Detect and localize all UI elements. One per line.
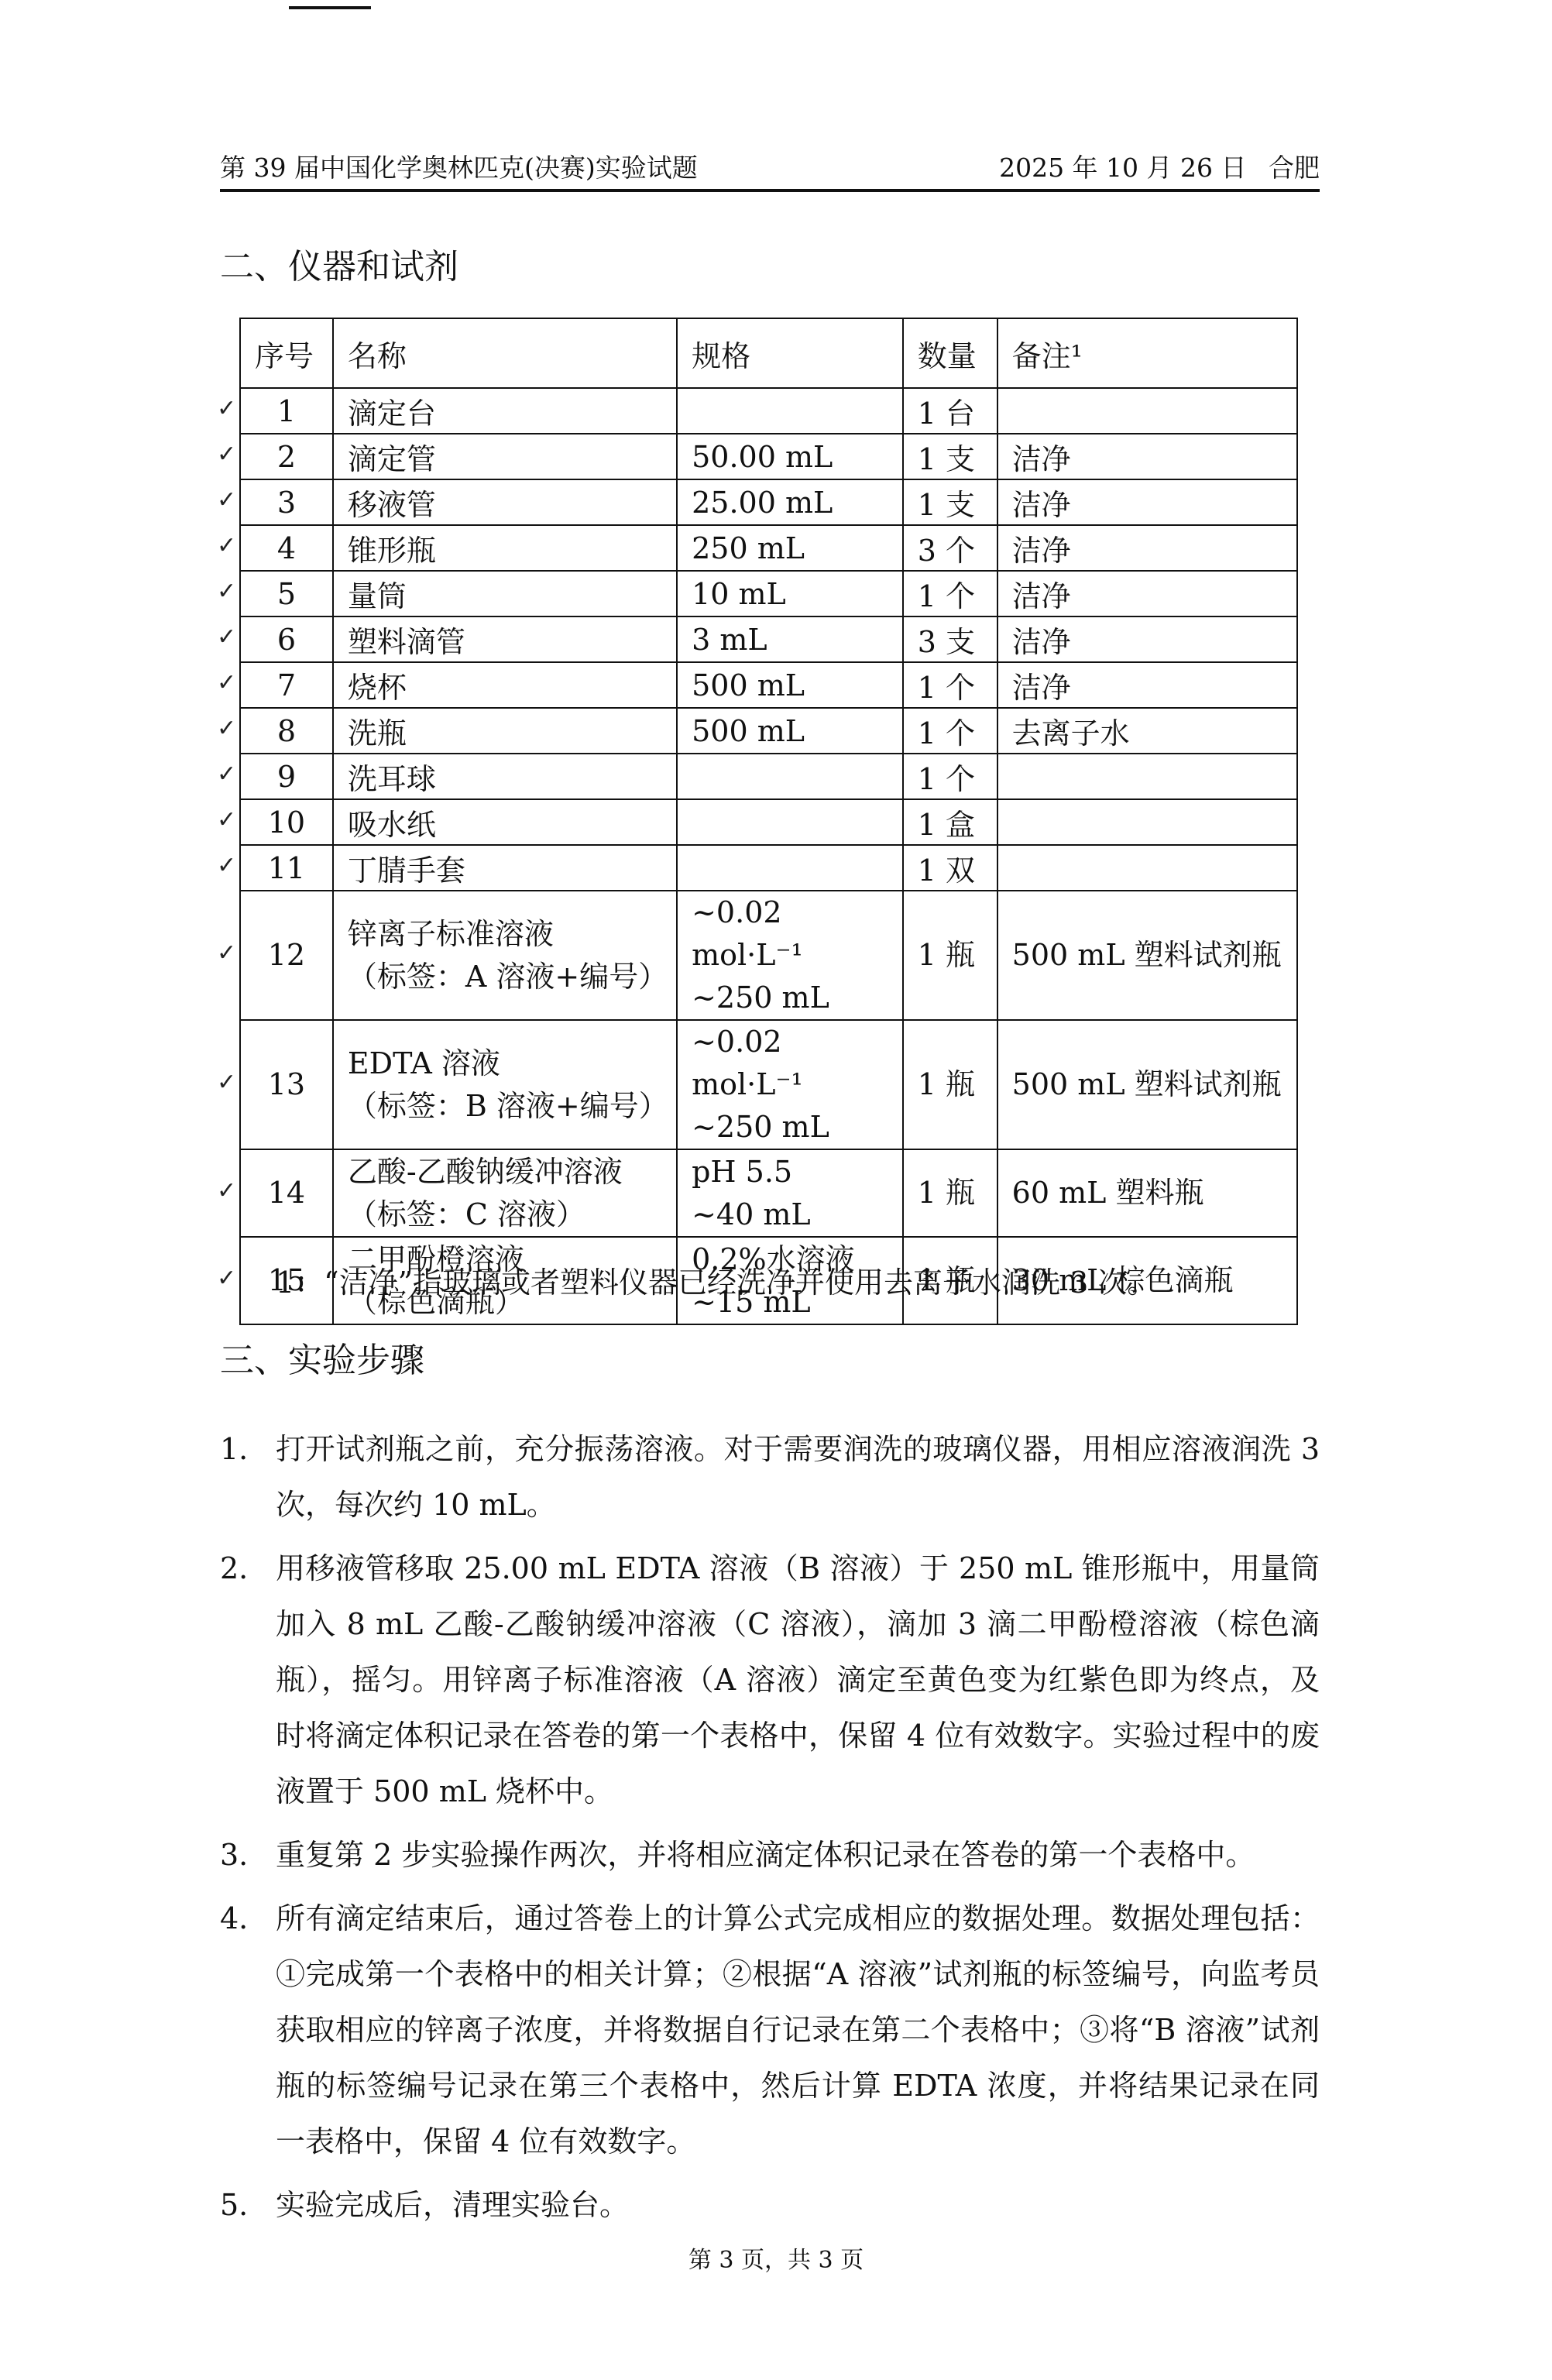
cell-spec: ~0.02 mol·L⁻¹~250 mL <box>677 1020 903 1149</box>
check-mark-icon: ✓ <box>217 1069 236 1096</box>
table-row: 2滴定管50.00 mL1 支洁净 <box>240 434 1297 479</box>
exam-location: 合肥 <box>1269 153 1320 183</box>
top-mark <box>289 6 371 9</box>
cell-no-line1: 7 <box>246 668 328 702</box>
cell-qty-line1: 3 个 <box>918 527 983 569</box>
cell-no: 4 <box>240 525 333 571</box>
table-row: 7烧杯500 mL1 个洁净 <box>240 662 1297 708</box>
cell-name: 丁腈手套 <box>333 845 677 891</box>
cell-no-line1: 8 <box>246 714 328 748</box>
cell-qty-line1: 1 瓶 <box>918 1172 983 1214</box>
step-index: 3. <box>220 1827 276 1883</box>
cell-qty-line1: 1 瓶 <box>918 934 983 977</box>
table-row: 12锌离子标准溶液（标签：A 溶液+编号）~0.02 mol·L⁻¹~250 m… <box>240 891 1297 1020</box>
table-row: 1滴定台1 台 <box>240 388 1297 434</box>
table-row: 10吸水纸1 盒 <box>240 799 1297 845</box>
cell-name-line1: 量筒 <box>348 572 662 615</box>
cell-qty: 1 个 <box>903 662 997 708</box>
cell-qty: 1 个 <box>903 754 997 799</box>
cell-name-line1: 烧杯 <box>348 664 662 706</box>
cell-spec <box>677 845 903 891</box>
cell-note: 洁净 <box>997 479 1297 525</box>
cell-name: 洗耳球 <box>333 754 677 799</box>
cell-qty: 1 个 <box>903 708 997 754</box>
cell-name: EDTA 溶液（标签：B 溶液+编号） <box>333 1020 677 1149</box>
cell-no: 5 <box>240 571 333 616</box>
cell-qty: 1 双 <box>903 845 997 891</box>
step-text: 打开试剂瓶之前，充分振荡溶液。对于需要润洗的玻璃仪器，用相应溶液润洗 3 次，每… <box>276 1421 1320 1533</box>
cell-name-line1: 锥形瓶 <box>348 527 662 569</box>
cell-name-line1: 移液管 <box>348 481 662 524</box>
cell-qty: 1 支 <box>903 434 997 479</box>
cell-qty-line1: 1 瓶 <box>918 1063 983 1106</box>
cell-qty: 1 支 <box>903 479 997 525</box>
cell-spec: 250 mL <box>677 525 903 571</box>
cell-spec-line1: 500 mL <box>692 714 888 748</box>
check-mark-icon: ✓ <box>217 486 236 513</box>
table-header-row: 序号 名称 规格 数量 备注¹ <box>240 318 1297 388</box>
cell-spec-line2: ~40 mL <box>692 1193 888 1236</box>
cell-name: 烧杯 <box>333 662 677 708</box>
cell-name: 滴定管 <box>333 434 677 479</box>
cell-name: 洗瓶 <box>333 708 677 754</box>
cell-name-line1: 滴定管 <box>348 435 662 478</box>
exam-title: 第 39 届中国化学奥林匹克(决赛)实验试题 <box>220 148 698 184</box>
col-header-note: 备注¹ <box>997 318 1297 388</box>
check-mark-icon: ✓ <box>217 939 236 967</box>
cell-no-line1: 13 <box>246 1063 328 1106</box>
check-mark-icon: ✓ <box>217 578 236 605</box>
cell-qty-line1: 1 个 <box>918 572 983 615</box>
cell-spec: 500 mL <box>677 662 903 708</box>
cell-spec-line1: 25.00 mL <box>692 486 888 520</box>
col-header-qty: 数量 <box>903 318 997 388</box>
cell-qty: 1 盒 <box>903 799 997 845</box>
check-mark-icon: ✓ <box>217 806 236 833</box>
cell-no: 8 <box>240 708 333 754</box>
cell-no-line1: 4 <box>246 531 328 565</box>
cell-spec: pH 5.5~40 mL <box>677 1149 903 1237</box>
cell-name-line2: （标签：A 溶液+编号） <box>348 956 662 998</box>
cell-spec: 10 mL <box>677 571 903 616</box>
cell-spec-line1: 3 mL <box>692 623 888 657</box>
cell-note: 洁净 <box>997 434 1297 479</box>
cell-spec <box>677 388 903 434</box>
cell-no: 3 <box>240 479 333 525</box>
cell-no-line1: 9 <box>246 760 328 794</box>
equipment-table: 序号 名称 规格 数量 备注¹ 1滴定台1 台2滴定管50.00 mL1 支洁净… <box>239 318 1298 1325</box>
cell-qty-line1: 1 个 <box>918 709 983 752</box>
cell-note <box>997 754 1297 799</box>
step-index: 5. <box>220 2177 276 2233</box>
table-row: 6塑料滴管3 mL3 支洁净 <box>240 616 1297 662</box>
step-item: 2.用移液管移取 25.00 mL EDTA 溶液（B 溶液）于 250 mL … <box>220 1540 1320 1819</box>
table-row: 13EDTA 溶液（标签：B 溶液+编号）~0.02 mol·L⁻¹~250 m… <box>240 1020 1297 1149</box>
cell-spec <box>677 754 903 799</box>
cell-note-line1: 洁净 <box>1012 618 1282 661</box>
check-mark-icon: ✓ <box>217 623 236 651</box>
cell-qty-line1: 1 台 <box>918 390 983 432</box>
table-row: 11丁腈手套1 双 <box>240 845 1297 891</box>
cell-no-line1: 5 <box>246 577 328 611</box>
cell-qty: 1 瓶 <box>903 1149 997 1237</box>
table-body: 1滴定台1 台2滴定管50.00 mL1 支洁净3移液管25.00 mL1 支洁… <box>240 388 1297 1324</box>
cell-qty: 1 瓶 <box>903 1020 997 1149</box>
cell-no: 9 <box>240 754 333 799</box>
check-mark-icon: ✓ <box>217 761 236 788</box>
cell-name-line1: 锌离子标准溶液 <box>348 913 662 956</box>
exam-date: 2025 年 10 月 26 日 <box>999 153 1246 183</box>
cell-name: 塑料滴管 <box>333 616 677 662</box>
cell-name-line1: 洗瓶 <box>348 709 662 752</box>
cell-name-line1: EDTA 溶液 <box>348 1042 662 1085</box>
step-text: 重复第 2 步实验操作两次，并将相应滴定体积记录在答卷的第一个表格中。 <box>276 1827 1320 1883</box>
check-mark-icon: ✓ <box>217 441 236 468</box>
cell-name: 滴定台 <box>333 388 677 434</box>
cell-qty-line1: 1 盒 <box>918 801 983 843</box>
cell-no: 11 <box>240 845 333 891</box>
step-index: 4. <box>220 1891 276 2169</box>
cell-spec-line1: ~0.02 mol·L⁻¹ <box>692 1021 888 1106</box>
step-index: 2. <box>220 1540 276 1819</box>
cell-qty-line1: 1 个 <box>918 755 983 798</box>
cell-spec-line1: 250 mL <box>692 531 888 565</box>
cell-note-line1: 500 mL 塑料试剂瓶 <box>1012 934 1282 977</box>
table-row: 3移液管25.00 mL1 支洁净 <box>240 479 1297 525</box>
cell-qty-line1: 3 支 <box>918 618 983 661</box>
check-mark-icon: ✓ <box>217 532 236 559</box>
cell-note-line1: 洁净 <box>1012 572 1282 615</box>
cell-note-line1: 洁净 <box>1012 527 1282 569</box>
cell-no: 2 <box>240 434 333 479</box>
table-footnote: 1：“洁净”指玻璃或者塑料仪器已经洗净并使用去离子水润洗 3 次。 <box>276 1259 1156 1301</box>
check-mark-icon: ✓ <box>217 1265 236 1292</box>
step-text: 所有滴定结束后，通过答卷上的计算公式完成相应的数据处理。数据处理包括：①完成第一… <box>276 1891 1320 2169</box>
cell-no-line1: 2 <box>246 440 328 474</box>
cell-spec-line1: 10 mL <box>692 577 888 611</box>
check-mark-icon: ✓ <box>217 715 236 742</box>
cell-qty: 1 瓶 <box>903 891 997 1020</box>
cell-no: 7 <box>240 662 333 708</box>
cell-name: 移液管 <box>333 479 677 525</box>
cell-name-line1: 吸水纸 <box>348 801 662 843</box>
cell-note <box>997 845 1297 891</box>
check-mark-icon: ✓ <box>217 669 236 696</box>
cell-qty-line1: 1 支 <box>918 435 983 478</box>
cell-no: 12 <box>240 891 333 1020</box>
table-row: 5量筒10 mL1 个洁净 <box>240 571 1297 616</box>
table-row: 9洗耳球1 个 <box>240 754 1297 799</box>
cell-qty-line1: 1 双 <box>918 847 983 889</box>
cell-name-line2: （标签：B 溶液+编号） <box>348 1085 662 1128</box>
cell-no: 10 <box>240 799 333 845</box>
cell-note-line1: 洁净 <box>1012 664 1282 706</box>
col-header-spec: 规格 <box>677 318 903 388</box>
cell-spec-line1: pH 5.5 <box>692 1151 888 1193</box>
col-header-no: 序号 <box>240 318 333 388</box>
check-mark-icon: ✓ <box>217 395 236 422</box>
cell-no-line1: 12 <box>246 934 328 977</box>
step-item: 1.打开试剂瓶之前，充分振荡溶液。对于需要润洗的玻璃仪器，用相应溶液润洗 3 次… <box>220 1421 1320 1533</box>
cell-note: 洁净 <box>997 571 1297 616</box>
cell-spec-line2: ~250 mL <box>692 1106 888 1149</box>
procedure-steps: 1.打开试剂瓶之前，充分振荡溶液。对于需要润洗的玻璃仪器，用相应溶液润洗 3 次… <box>220 1421 1320 2241</box>
cell-note-line1: 60 mL 塑料瓶 <box>1012 1172 1282 1214</box>
section-title-procedure: 三、实验步骤 <box>220 1332 424 1382</box>
cell-note-line1: 去离子水 <box>1012 709 1282 752</box>
cell-note: 洁净 <box>997 616 1297 662</box>
cell-name-line1: 滴定台 <box>348 390 662 432</box>
cell-no-line1: 11 <box>246 851 328 885</box>
cell-note: 去离子水 <box>997 708 1297 754</box>
step-text: 用移液管移取 25.00 mL EDTA 溶液（B 溶液）于 250 mL 锥形… <box>276 1540 1320 1819</box>
cell-note: 60 mL 塑料瓶 <box>997 1149 1297 1237</box>
step-item: 3.重复第 2 步实验操作两次，并将相应滴定体积记录在答卷的第一个表格中。 <box>220 1827 1320 1883</box>
cell-spec: ~0.02 mol·L⁻¹~250 mL <box>677 891 903 1020</box>
cell-note: 洁净 <box>997 525 1297 571</box>
cell-name: 锥形瓶 <box>333 525 677 571</box>
cell-no-line1: 3 <box>246 486 328 520</box>
cell-note: 500 mL 塑料试剂瓶 <box>997 1020 1297 1149</box>
cell-name: 量筒 <box>333 571 677 616</box>
cell-note-line1: 500 mL 塑料试剂瓶 <box>1012 1063 1282 1106</box>
cell-qty: 3 个 <box>903 525 997 571</box>
col-header-name: 名称 <box>333 318 677 388</box>
cell-qty: 1 台 <box>903 388 997 434</box>
cell-no-line1: 14 <box>246 1172 328 1214</box>
cell-no-line1: 1 <box>246 394 328 428</box>
cell-spec-line1: 500 mL <box>692 668 888 702</box>
table-row: 14乙酸-乙酸钠缓冲溶液（标签：C 溶液）pH 5.5~40 mL1 瓶60 m… <box>240 1149 1297 1237</box>
cell-name: 吸水纸 <box>333 799 677 845</box>
page-header: 第 39 届中国化学奥林匹克(决赛)实验试题 2025 年 10 月 26 日 … <box>220 149 1320 192</box>
cell-no-line1: 6 <box>246 623 328 657</box>
cell-note <box>997 799 1297 845</box>
cell-spec-line2: ~250 mL <box>692 977 888 1019</box>
cell-no: 6 <box>240 616 333 662</box>
cell-name-line1: 乙酸-乙酸钠缓冲溶液 <box>348 1151 662 1193</box>
cell-spec-line1: ~0.02 mol·L⁻¹ <box>692 891 888 977</box>
cell-spec: 50.00 mL <box>677 434 903 479</box>
table-row: 4锥形瓶250 mL3 个洁净 <box>240 525 1297 571</box>
cell-name-line1: 洗耳球 <box>348 755 662 798</box>
cell-name-line1: 塑料滴管 <box>348 618 662 661</box>
cell-spec: 3 mL <box>677 616 903 662</box>
cell-note-line1: 洁净 <box>1012 481 1282 524</box>
header-right: 2025 年 10 月 26 日 合肥 <box>985 148 1320 184</box>
cell-qty-line1: 1 支 <box>918 481 983 524</box>
table-row: 8洗瓶500 mL1 个去离子水 <box>240 708 1297 754</box>
cell-note: 500 mL 塑料试剂瓶 <box>997 891 1297 1020</box>
cell-no: 1 <box>240 388 333 434</box>
cell-no: 14 <box>240 1149 333 1237</box>
cell-qty: 1 个 <box>903 571 997 616</box>
step-item: 5.实验完成后，清理实验台。 <box>220 2177 1320 2233</box>
cell-no-line1: 10 <box>246 805 328 840</box>
cell-name-line1: 丁腈手套 <box>348 847 662 889</box>
cell-no: 13 <box>240 1020 333 1149</box>
cell-name-line2: （标签：C 溶液） <box>348 1193 662 1236</box>
step-text: 实验完成后，清理实验台。 <box>276 2177 1320 2233</box>
cell-note <box>997 388 1297 434</box>
cell-note: 洁净 <box>997 662 1297 708</box>
cell-note-line1: 洁净 <box>1012 435 1282 478</box>
cell-spec-line1: 50.00 mL <box>692 440 888 474</box>
cell-name: 锌离子标准溶液（标签：A 溶液+编号） <box>333 891 677 1020</box>
cell-spec: 500 mL <box>677 708 903 754</box>
check-mark-icon: ✓ <box>217 852 236 879</box>
section-title-equipment: 二、仪器和试剂 <box>220 239 458 288</box>
page-number: 第 3 页，共 3 页 <box>0 2241 1552 2275</box>
step-index: 1. <box>220 1421 276 1533</box>
cell-qty: 3 支 <box>903 616 997 662</box>
check-mark-icon: ✓ <box>217 1177 236 1204</box>
cell-qty-line1: 1 个 <box>918 664 983 706</box>
step-item: 4.所有滴定结束后，通过答卷上的计算公式完成相应的数据处理。数据处理包括：①完成… <box>220 1891 1320 2169</box>
cell-spec <box>677 799 903 845</box>
cell-name: 乙酸-乙酸钠缓冲溶液（标签：C 溶液） <box>333 1149 677 1237</box>
cell-spec: 25.00 mL <box>677 479 903 525</box>
